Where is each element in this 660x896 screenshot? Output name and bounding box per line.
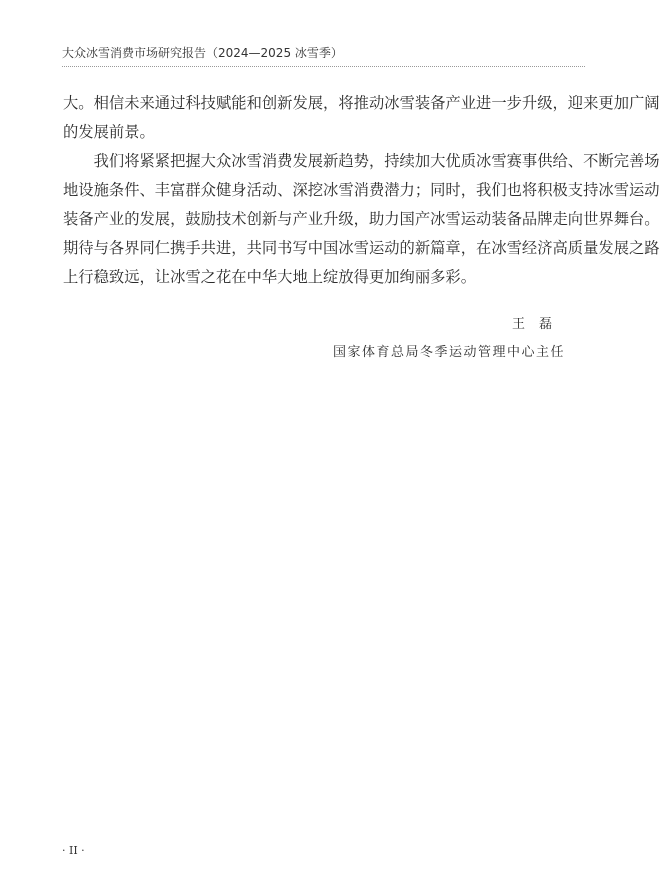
text-line: 大。相信未来通过科技赋能和创新发展，将推动冰雪装备产业进一步升级，迎来更加广阔	[63, 89, 585, 118]
text-line: 装备产业的发展，鼓励技术创新与产业升级，助力国产冰雪运动装备品牌走向世界舞台。	[63, 205, 585, 234]
signature-name: 王磊	[512, 316, 566, 334]
page-number: · II ·	[62, 844, 85, 857]
text-line: 我们将紧紧把握大众冰雪消费发展新趋势，持续加大优质冰雪赛事供给、不断完善场	[63, 147, 585, 176]
header-dotted-divider	[62, 66, 585, 67]
text-line: 的发展前景。	[63, 118, 585, 147]
signature-title: 国家体育总局冬季运动管理中心主任	[333, 344, 565, 362]
document-body: 大。相信未来通过科技赋能和创新发展，将推动冰雪装备产业进一步升级，迎来更加广阔 …	[63, 89, 585, 292]
paragraph-2: 我们将紧紧把握大众冰雪消费发展新趋势，持续加大优质冰雪赛事供给、不断完善场 地设…	[63, 147, 585, 292]
running-header-title: 大众冰雪消费市场研究报告（2024—2025 冰雪季）	[62, 45, 585, 61]
text-line: 期待与各界同仁携手共进，共同书写中国冰雪运动的新篇章，在冰雪经济高质量发展之路	[63, 234, 585, 263]
paragraph-1: 大。相信未来通过科技赋能和创新发展，将推动冰雪装备产业进一步升级，迎来更加广阔 …	[63, 89, 585, 147]
text-line: 地设施条件、丰富群众健身活动、深挖冰雪消费潜力；同时，我们也将积极支持冰雪运动	[63, 176, 585, 205]
text-line: 上行稳致远，让冰雪之花在中华大地上绽放得更加绚丽多彩。	[63, 263, 585, 292]
